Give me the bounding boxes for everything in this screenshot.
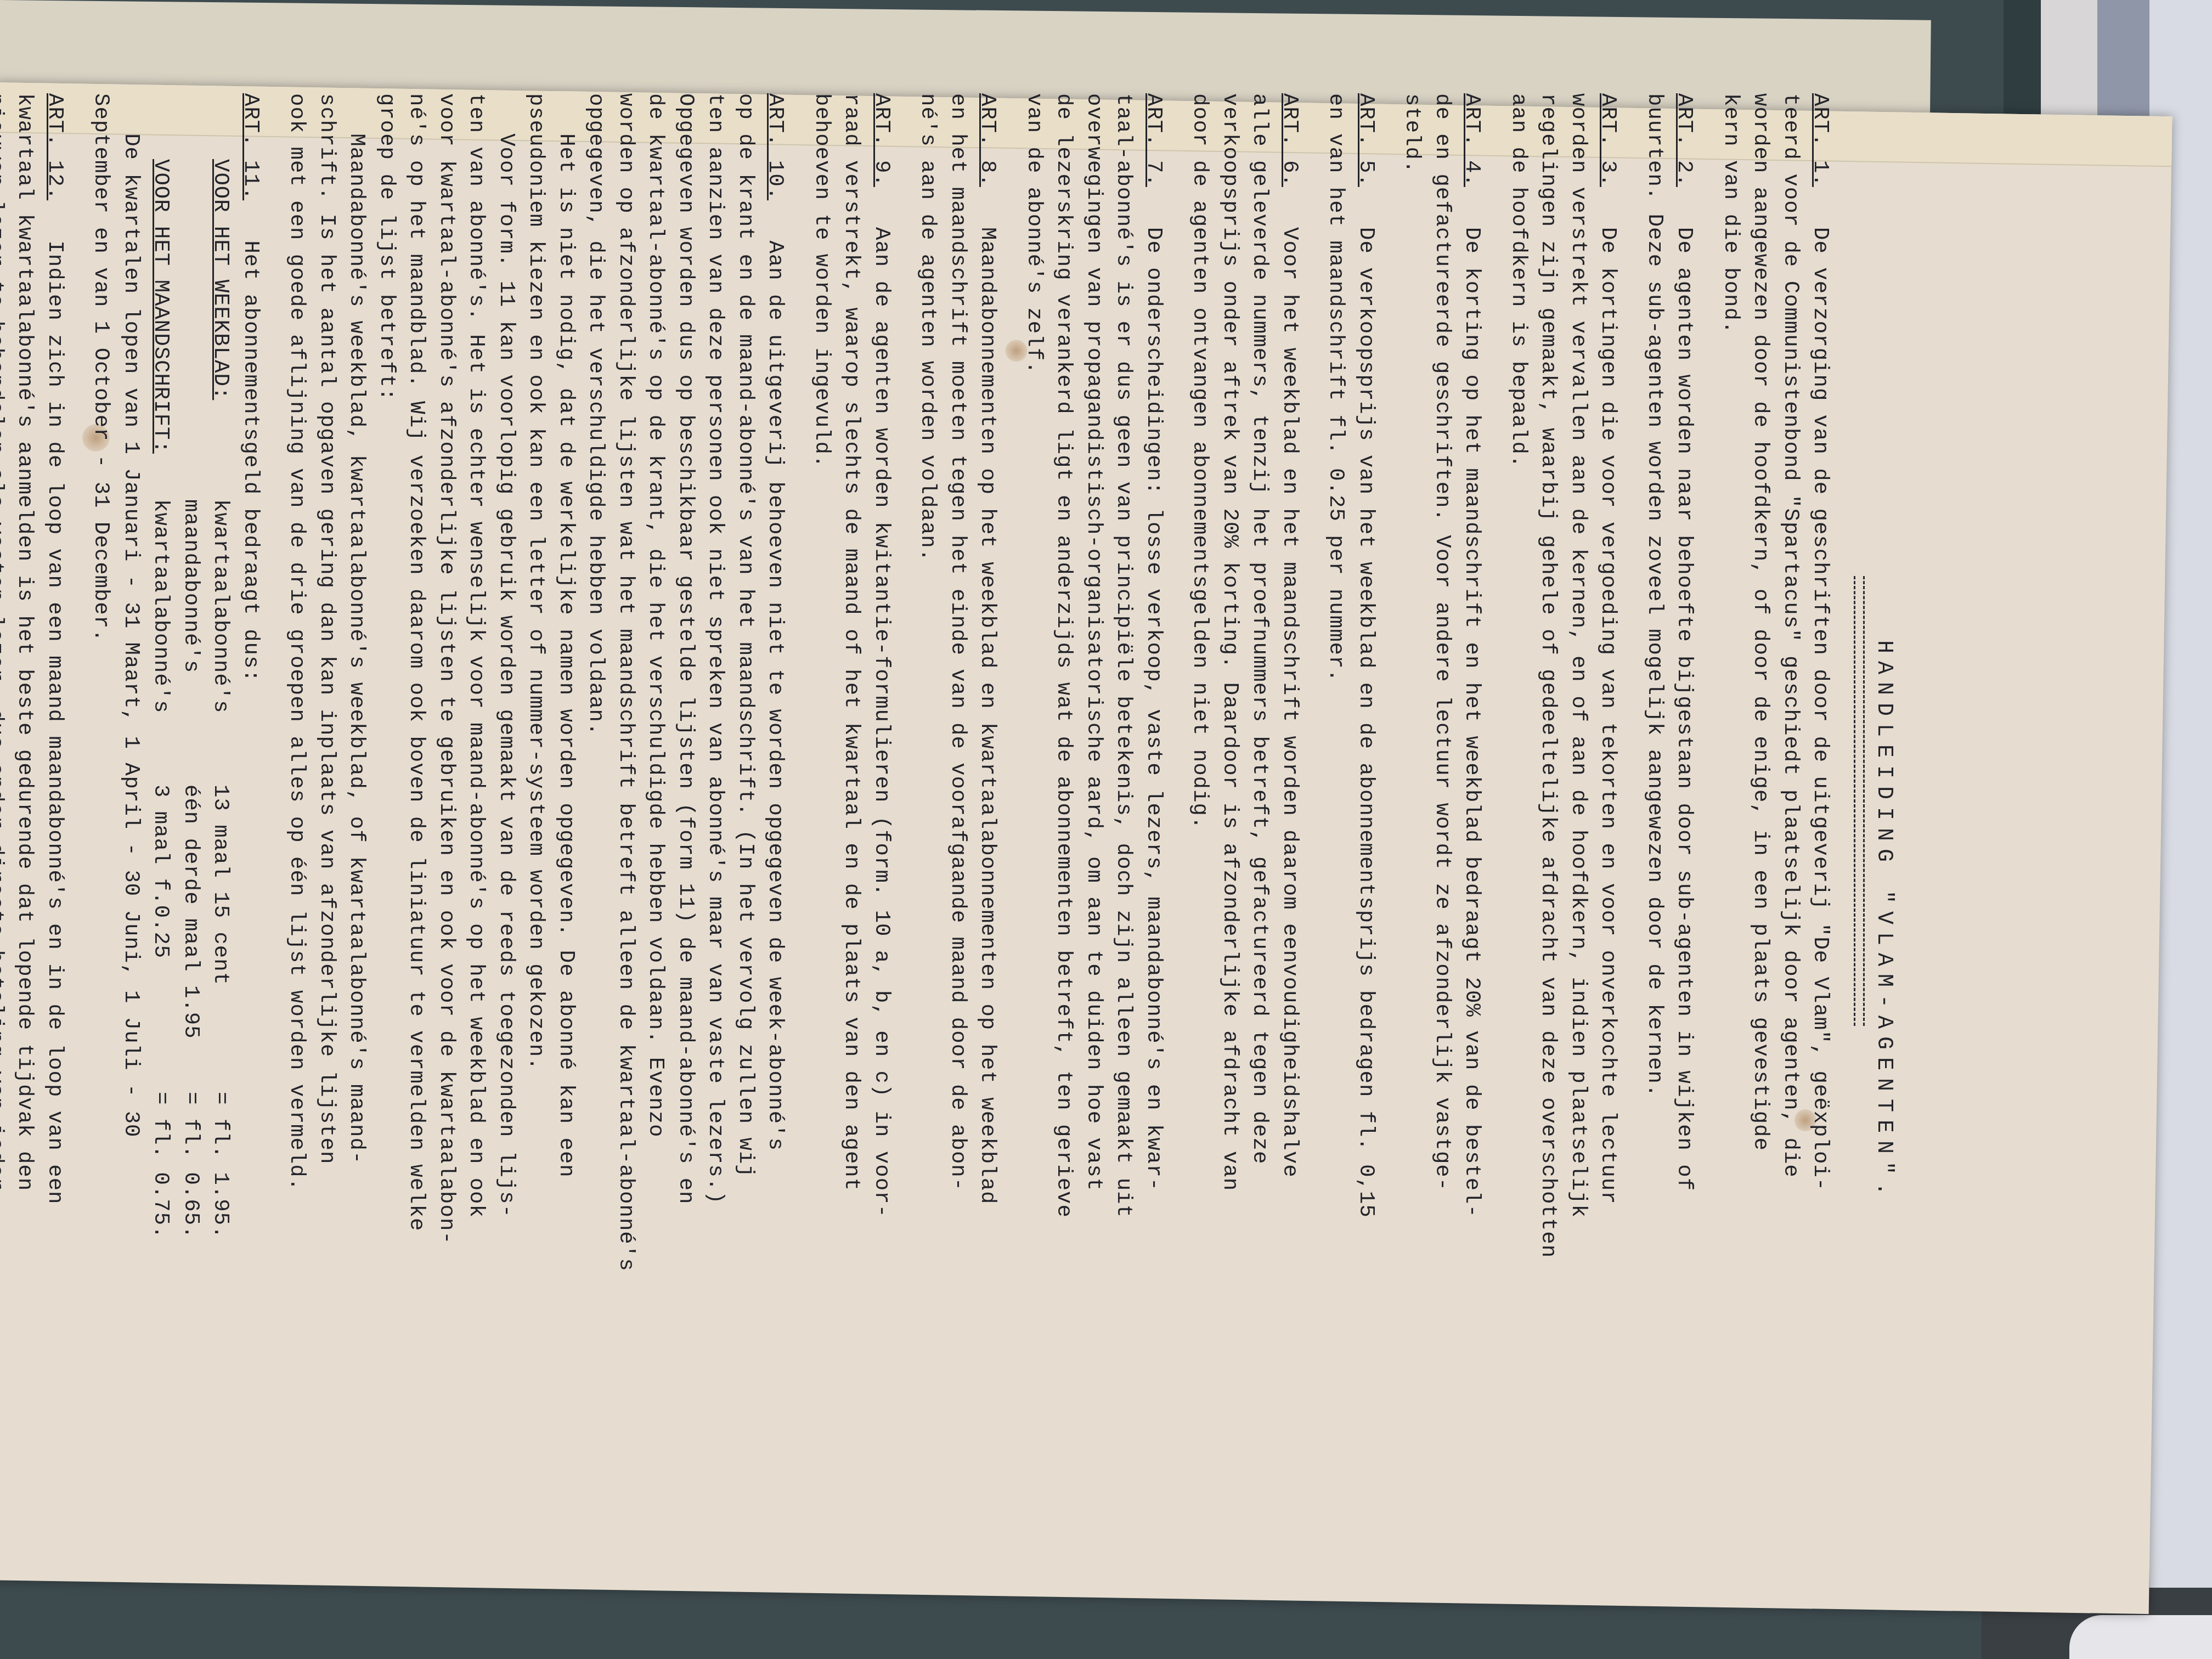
line-text: de en gefactureerde geschriften. Voor an… (1430, 93, 1454, 1191)
text-line: groep de lijst betreft: (372, 93, 402, 1520)
document-text: HANDLEIDING "VLAM-AGENTEN". ART. 1. De v… (0, 93, 1898, 1520)
line-text: né's aan de agenten worden voldaan. (916, 93, 940, 562)
article: ART. 6. Voor het weekblad en het maandsc… (1185, 93, 1305, 1520)
line-text: pseudoniem kiezen en ook kan een letter … (524, 93, 549, 1070)
article-label: ART. 9. (870, 93, 894, 187)
text-line: alle geleverde nummers, tenzij het proef… (1245, 93, 1275, 1520)
article: ART. 7. De onderscheidingen: losse verko… (1019, 93, 1169, 1520)
text-line: ART. 10. Aan de uitgeverij behoeven niet… (760, 93, 791, 1520)
text-line: regelingen zijn gemaakt, waarbij gehele … (1533, 93, 1564, 1520)
line-text: opgegeven, die het verschuldigde hebben … (584, 93, 608, 736)
title-double-underline (1854, 576, 1865, 1026)
article-label: ART. 8. (976, 93, 1000, 187)
article-label: ART. 7. (1142, 93, 1166, 187)
line-text: en het maandschrift moeten tegen het ein… (946, 93, 970, 1191)
text-line: ART. 6. Voor het weekblad en het maandsc… (1275, 93, 1305, 1520)
line-text: Maandabonnementen op het weekblad en kwa… (976, 227, 1000, 1204)
text-line: taal-abonné's is er dus geen van princip… (1109, 93, 1139, 1520)
line-text: Het abonnementsgeld bedraagt dus: (239, 240, 263, 682)
text-line: de en gefactureerde geschriften. Voor an… (1427, 93, 1458, 1520)
article-label: ART. 4. (1460, 93, 1485, 187)
text-line: ART. 7. De onderscheidingen: losse verko… (1139, 93, 1169, 1520)
line-text: ten aanzien van deze personen ook niet s… (704, 93, 728, 1205)
text-line: de lezerskring verankerd ligt en anderzi… (1049, 93, 1079, 1520)
line-text: door de agenten ontvangen abonnementsgel… (1188, 93, 1212, 830)
rate-calc: één derde maal 1.95 (176, 785, 206, 1092)
line-text: overwegingen van propagandistisch-organi… (1082, 93, 1106, 1191)
line-text: September en van 1 October - 31 December… (89, 93, 114, 642)
text-line: de kwartaal-abonné's op de krant, die he… (641, 93, 671, 1520)
line-text: worden aangewezen door de hoofdkern, of … (1749, 93, 1773, 1151)
text-line: ten van abonné's. Het is echter wenselij… (461, 93, 492, 1520)
text-line: ART. 12. Indien zich in de loop van een … (40, 93, 70, 1520)
text-line: behoeven te worden ingevuld. (807, 93, 837, 1520)
line-text: raad verstrekt, waarop slechts de maand … (840, 93, 864, 1191)
text-line: ART. 9. Aan de agenten worden kwitantie-… (867, 93, 897, 1520)
text-line: De kwartalen lopen van 1 Januari - 31 Ma… (116, 93, 146, 1520)
text-line: né's op het maandblad. Wij verzoeken daa… (402, 93, 432, 1520)
article-label: ART. 11. (239, 93, 263, 200)
rate-type: kwartaalabonné's (146, 499, 176, 785)
article: ART. 4. De korting op het maandschrift e… (1397, 93, 1487, 1520)
line-text: De verkoopsprijs van het weekblad en de … (1354, 227, 1378, 1218)
line-text: kwartaal kwartaalabonné's aanmelden is h… (13, 93, 37, 1191)
text-line: ook met een goede aflijning van de drie … (282, 93, 312, 1520)
text-line: overwegingen van propagandistisch-organi… (1079, 93, 1109, 1520)
text-line: ART. 11. Het abonnementsgeld bedraagt du… (236, 93, 266, 1520)
line-text: Voor het weekblad en het maandschrift wo… (1278, 227, 1302, 1178)
background-paper-corner (2069, 1615, 2212, 1659)
line-text: ten van abonné's. Het is echter wenselij… (465, 93, 489, 1218)
line-text: Maandabonné's weekblad, kwartaalabonné's… (345, 93, 369, 1164)
line-text: De kortingen die voor vergoeding van tek… (1596, 227, 1621, 1204)
text-line: worden op afzonderlijke lijsten wat het … (611, 93, 641, 1520)
line-text: De verzorging van de geschriften door de… (1809, 227, 1833, 1191)
line-text: Indien zich in de loop van een maand maa… (43, 240, 67, 1204)
text-line: en van het maandschrift fl. 0.25 per num… (1321, 93, 1351, 1520)
line-text: De korting op het maandschrift en het we… (1460, 227, 1485, 1218)
article: ART. 2. De agenten worden naar behoefte … (1640, 93, 1700, 1520)
text-line: ART. 1. De verzorging van de geschriften… (1805, 93, 1836, 1520)
text-line: verkoopsprijs onder aftrek van 20% korti… (1215, 93, 1245, 1520)
line-text: verkoopsprijs onder aftrek van 20% korti… (1218, 93, 1242, 1191)
line-text: De agenten worden naar behoefte bijgesta… (1673, 227, 1697, 1191)
text-line: van de abonné's zelf. (1019, 93, 1049, 1520)
text-line: aan de hoofdkern is bepaald. (1504, 93, 1534, 1520)
article: ART. 5. De verkoopsprijs van het weekbla… (1321, 93, 1381, 1520)
text-line: kern van die bond. (1716, 93, 1746, 1520)
text-line: né's aan de agenten worden voldaan. (913, 93, 943, 1520)
line-text: worden op afzonderlijke lijsten wat het … (614, 93, 638, 1272)
line-text: aan de hoofdkern is bepaald. (1506, 93, 1531, 468)
text-line: door de agenten ontvangen abonnementsgel… (1185, 93, 1215, 1520)
text-line: Maandabonné's weekblad, kwartaalabonné's… (342, 93, 372, 1520)
document-title: HANDLEIDING "VLAM-AGENTEN". (1869, 324, 1899, 1520)
rate-row: VOOR HET WEEKBLAD:kwartaalabonné's13 maa… (206, 93, 236, 1520)
rate-total: = fl. 0.75. (146, 1092, 176, 1239)
text-line: op de krant en de maand-abonné's van het… (731, 93, 761, 1520)
text-line: ART. 5. De verkoopsprijs van het weekbla… (1351, 93, 1381, 1520)
line-text: steld. (1401, 93, 1425, 173)
article: ART. 10. Aan de uitgeverij behoeven niet… (282, 93, 791, 1520)
line-text: alle geleverde nummers, tenzij het proef… (1248, 93, 1272, 1164)
text-line: worden aangewezen door de hoofdkern, of … (1746, 93, 1776, 1520)
text-line: Het is niet nodig, dat de werkelijke nam… (551, 93, 582, 1520)
line-text: De onderscheidingen: losse verkoop, vast… (1142, 227, 1166, 1191)
line-text: de kwartaal-abonné's op de krant, die he… (644, 93, 668, 1138)
text-line: ART. 8. Maandabonnementen op het weekbla… (973, 93, 1003, 1520)
rate-total: = fl. 0.65. (176, 1092, 206, 1239)
line-text: op de krant en de maand-abonné's van het… (733, 93, 758, 1178)
rate-type: kwartaalabonné's (206, 499, 236, 785)
line-text: Het is niet nodig, dat de werkelijke nam… (554, 93, 578, 1178)
rate-heading: VOOR HET MAANDSCHRIFT: (146, 159, 176, 499)
article-label: ART. 12. (43, 93, 67, 200)
text-line: pseudoniem kiezen en ook kan een letter … (521, 93, 551, 1520)
text-line: schrift. Is het aantal opgaven gering da… (312, 93, 342, 1520)
text-line: buurten. Deze sub-agenten worden zoveel … (1640, 93, 1670, 1520)
text-line: worden verstrekt vervallen aan de kernen… (1564, 93, 1594, 1520)
line-text: behoeven te worden ingevuld. (810, 93, 834, 468)
article: ART. 3. De kortingen die voor vergoeding… (1504, 93, 1623, 1520)
article-list: ART. 1. De verzorging van de geschriften… (0, 93, 1836, 1520)
rate-row: maandabonné'séén derde maal 1.95= fl. 0.… (176, 93, 206, 1520)
line-text: de lezerskring verankerd ligt en anderzi… (1052, 93, 1076, 1218)
line-text: nieuwen lezer te behandelen als vasten l… (0, 93, 7, 1191)
article-label: ART. 3. (1596, 93, 1621, 187)
line-text: groep de lijst betreft: (375, 93, 399, 401)
rate-calc: 13 maal 15 cent (206, 785, 236, 1092)
rate-row: VOOR HET MAANDSCHRIFT:kwartaalabonné's3 … (146, 93, 176, 1520)
line-text: regelingen zijn gemaakt, waarbij gehele … (1537, 93, 1561, 1258)
text-line: ART. 3. De kortingen die voor vergoeding… (1593, 93, 1623, 1520)
line-text: Aan de agenten worden kwitantie-formulie… (870, 227, 894, 1218)
article-label: ART. 10. (764, 93, 788, 200)
rate-total: = fl. 1.95. (206, 1092, 236, 1239)
rate-heading: VOOR HET WEEKBLAD: (206, 159, 236, 499)
article: ART. 11. Het abonnementsgeld bedraagt du… (86, 93, 266, 1520)
line-text: worden verstrekt vervallen aan de kernen… (1566, 93, 1590, 1218)
line-text: taal-abonné's is er dus geen van princip… (1112, 93, 1136, 1218)
text-line: steld. (1397, 93, 1427, 1520)
text-line: nieuwen lezer te behandelen als vasten l… (0, 93, 10, 1520)
line-text: Voor form. 11 kan voorlopig gebruik word… (494, 93, 518, 1218)
line-text: né's op het maandblad. Wij verzoeken daa… (405, 93, 429, 1231)
rate-calc: 3 maal f.0.25 (146, 785, 176, 1092)
article-label: ART. 1. (1809, 93, 1833, 187)
article: ART. 1. De verzorging van de geschriften… (1716, 93, 1836, 1520)
text-line: en het maandschrift moeten tegen het ein… (943, 93, 973, 1520)
article: ART. 12. Indien zich in de loop van een … (0, 93, 70, 1520)
article: ART. 8. Maandabonnementen op het weekbla… (913, 93, 1003, 1520)
line-text: van de abonné's zelf. (1022, 93, 1046, 374)
text-line: teerd voor de Communistenbond "Spartacus… (1776, 93, 1806, 1520)
text-line: raad verstrekt, waarop slechts de maand … (837, 93, 867, 1520)
text-line: ten aanzien van deze personen ook niet s… (701, 93, 731, 1520)
article-label: ART. 5. (1354, 93, 1378, 187)
line-text: teerd voor de Communistenbond "Spartacus… (1779, 93, 1803, 1178)
text-line: Voor form. 11 kan voorlopig gebruik word… (492, 93, 522, 1520)
text-line: September en van 1 October - 31 December… (86, 93, 116, 1520)
article-label: ART. 6. (1278, 93, 1302, 187)
rate-type: maandabonné's (176, 499, 206, 785)
text-line: ART. 2. De agenten worden naar behoefte … (1669, 93, 1700, 1520)
line-text: schrift. Is het aantal opgaven gering da… (315, 93, 339, 1164)
text-line: kwartaal kwartaalabonné's aanmelden is h… (10, 93, 40, 1520)
article-label: ART. 2. (1673, 93, 1697, 187)
line-text: voor kwartaal-abonné's afzonderlijke lij… (435, 93, 459, 1245)
article: ART. 9. Aan de agenten worden kwitantie-… (807, 93, 897, 1520)
line-text: Aan de uitgeverij behoeven niet te worde… (764, 240, 788, 1150)
line-text: ook met een goede aflijning van de drie … (285, 93, 309, 1191)
text-line: ART. 4. De korting op het maandschrift e… (1457, 93, 1487, 1520)
line-text: Opgegeven worden dus op beschikbaar gest… (674, 93, 698, 1205)
line-text: De kwartalen lopen van 1 Januari - 31 Ma… (119, 93, 143, 1138)
line-text: kern van die bond. (1719, 93, 1743, 334)
text-line: Opgegeven worden dus op beschikbaar gest… (671, 93, 701, 1520)
line-text: buurten. Deze sub-agenten worden zoveel … (1643, 93, 1667, 1097)
text-line: opgegeven, die het verschuldigde hebben … (581, 93, 611, 1520)
line-text: en van het maandschrift fl. 0.25 per num… (1324, 93, 1348, 682)
text-line: voor kwartaal-abonné's afzonderlijke lij… (432, 93, 462, 1520)
